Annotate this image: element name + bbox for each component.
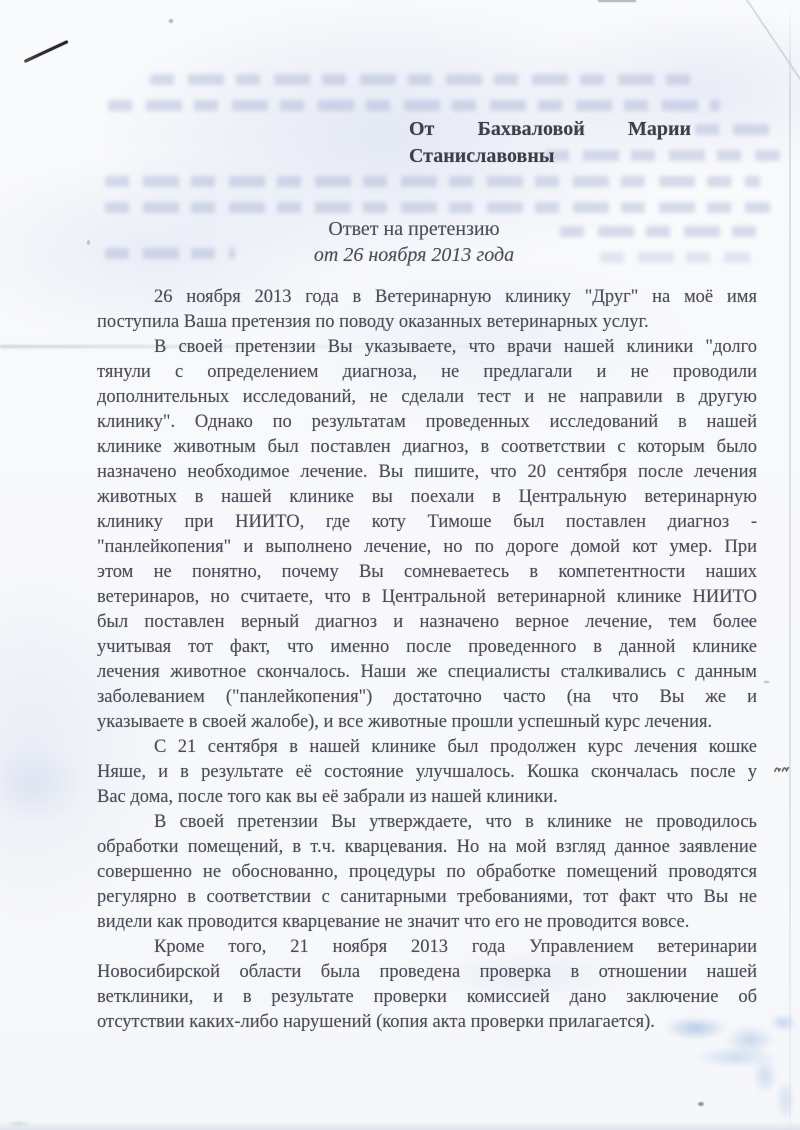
text-line: назначено необходимое лечение. Вы пишите… bbox=[97, 460, 757, 485]
text-line: ветеринаров, но считаете, что в Централь… bbox=[97, 585, 757, 610]
text-line: отсутствии каких-либо нарушений (копия а… bbox=[97, 1010, 757, 1035]
letter-body: 26 ноября 2013 года в Ветеринарную клини… bbox=[97, 285, 757, 1035]
text-line: Няше, и в результате её состояние улучша… bbox=[97, 760, 757, 785]
text-line: "панлейкопения" и выполнено лечение, но … bbox=[97, 535, 757, 560]
pen-mark bbox=[24, 40, 69, 63]
text-line: С 21 сентября в нашей клинике был продол… bbox=[97, 735, 757, 760]
dust-speck bbox=[764, 681, 769, 683]
dust-speck bbox=[169, 19, 173, 23]
text-line: видели как проводится кварцевание не зна… bbox=[97, 910, 757, 935]
text-line: 26 ноября 2013 года в Ветеринарную клини… bbox=[97, 285, 757, 310]
dust-speck bbox=[87, 240, 90, 245]
text-line: этом не понятно, почему Вы сомневаетесь … bbox=[97, 560, 757, 585]
text-line: лечения животное скончалось. Наши же спе… bbox=[97, 660, 757, 685]
document-subtitle: от 26 ноября 2013 года bbox=[97, 242, 731, 268]
text-line: заболеванием ("панлейкопения") достаточн… bbox=[97, 685, 757, 710]
text-line: дополнительных исследований, не сделали … bbox=[97, 385, 757, 410]
dust-speck bbox=[2, 1120, 36, 1127]
bleed-through-line bbox=[108, 100, 720, 111]
blue-ink-smudge bbox=[742, 1058, 800, 1118]
scan-tint bbox=[0, 730, 110, 840]
text-line: был поставлен верный диагноз и назначено… bbox=[97, 610, 757, 635]
text-line: клинике животным был поставлен диагноз, … bbox=[97, 435, 757, 460]
sender-patronymic-line: Станиславовны bbox=[409, 143, 691, 170]
text-line: Вас дома, после того как вы её забрали и… bbox=[97, 785, 757, 810]
text-line: поступила Ваша претензия по поводу оказа… bbox=[97, 310, 757, 335]
sender-from-line: От Бахваловой Марии bbox=[409, 116, 691, 143]
text-line: клинику". Однако по результатам проведен… bbox=[97, 410, 757, 435]
text-line: учитывая тот факт, что именно после пров… bbox=[97, 635, 757, 660]
bleed-through-line bbox=[695, 124, 780, 135]
text-line: совершенно не обоснованно, процедуры по … bbox=[97, 860, 757, 885]
text-line: Кроме того, 21 ноября 2013 года Управлен… bbox=[97, 935, 757, 960]
sender-block: От Бахваловой Марии Станиславовны bbox=[409, 116, 691, 170]
bleed-through-line bbox=[105, 202, 770, 213]
page-corner-edge bbox=[743, 0, 800, 88]
bleed-through-line bbox=[150, 74, 695, 85]
text-line: обработки помещений, в т.ч. кварцевания.… bbox=[97, 835, 757, 860]
bleed-through-line bbox=[105, 176, 760, 187]
text-line: В своей претензии Вы утверждаете, что в … bbox=[97, 810, 757, 835]
title-block: Ответ на претензию от 26 ноября 2013 год… bbox=[97, 216, 731, 268]
dust-speck bbox=[698, 1102, 704, 1106]
text-line: Новосибирской области была проведена про… bbox=[97, 960, 757, 985]
document-title: Ответ на претензию bbox=[97, 216, 731, 242]
scanned-letter-page: От Бахваловой Марии Станиславовны Ответ … bbox=[0, 0, 800, 1130]
margin-pen-squiggle bbox=[772, 760, 792, 781]
page-right-edge bbox=[789, 0, 791, 1130]
text-line: регулярно в соответствии с санитарными т… bbox=[97, 885, 757, 910]
text-line: указываете в своей жалобе), и все животн… bbox=[97, 710, 757, 735]
text-line: животных в нашей клинике вы поехали в Це… bbox=[97, 485, 757, 510]
text-line: тянули с определением диагноза, не предл… bbox=[97, 360, 757, 385]
scan-artifact bbox=[598, 0, 636, 2]
text-line: ветклиники, и в результате проверки коми… bbox=[97, 985, 757, 1010]
text-line: клинику при НИИТО, где коту Тимоше был п… bbox=[97, 510, 757, 535]
page-bottom-edge bbox=[0, 1121, 800, 1130]
text-line: В своей претензии Вы указываете, что вра… bbox=[97, 335, 757, 360]
